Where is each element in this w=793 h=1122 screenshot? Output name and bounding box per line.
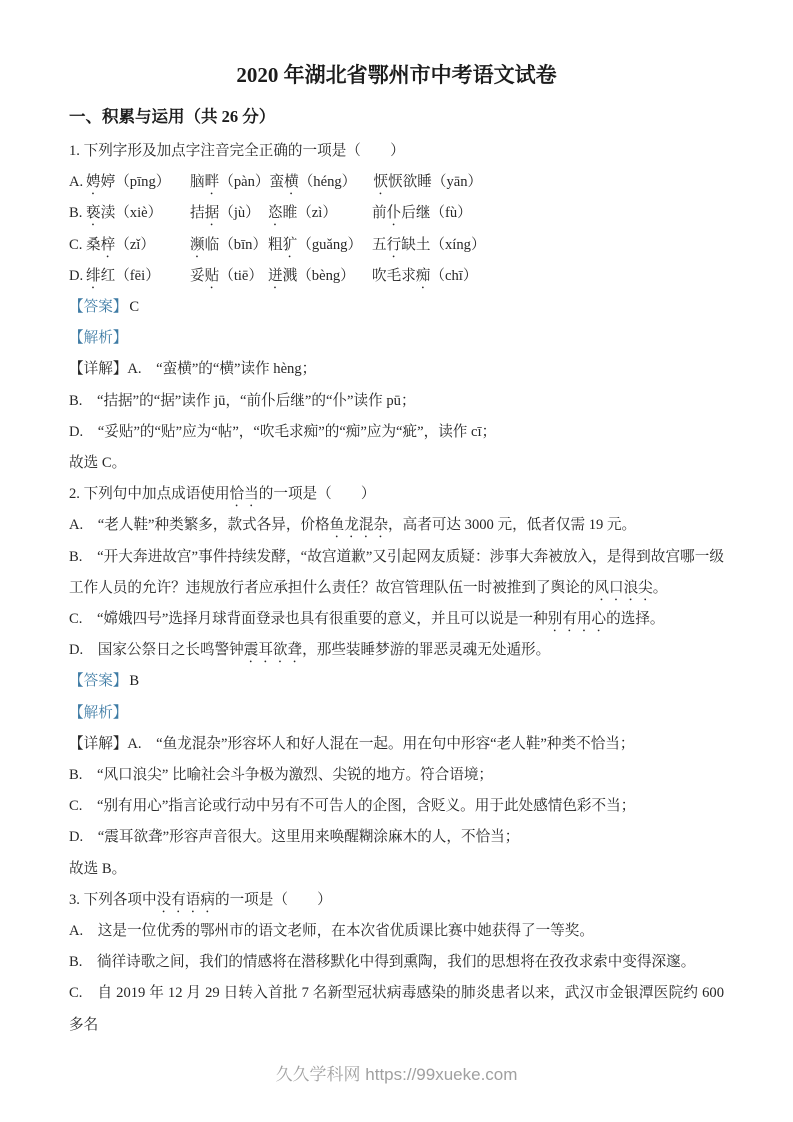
footer-watermark: 久久学科网 https://99xueke.com xyxy=(0,1064,793,1086)
q3-stem: 3. 下列各项中没有语病的一项是（ ） xyxy=(69,885,724,916)
exam-content: 2020 年湖北省鄂州市中考语文试卷 一、积累与运用（共 26 分） 1. 下列… xyxy=(69,60,724,1041)
exam-paper-page: 2020 年湖北省鄂州市中考语文试卷 一、积累与运用（共 26 分） 1. 下列… xyxy=(0,0,793,1122)
q1-option-a: A. 娉婷（pīng） 脑畔（pàn） 蛮横（héng） 恹恹欲睡（yān） xyxy=(69,167,724,198)
option-item: 娉婷（pīng） xyxy=(86,167,190,198)
q2-detail-line: B. “风口浪尖” 比喻社会斗争极为激烈、尖锐的地方。符合语境； xyxy=(69,760,724,791)
option-item: 五行缺土（xíng） xyxy=(372,230,486,261)
analysis-marker: 【解析】 xyxy=(69,705,127,721)
q1-detail-line: 【详解】A. “蛮横”的“横”读作 hèng； xyxy=(69,354,724,385)
option-label: D. xyxy=(69,261,86,292)
q1-option-d: D. 绯红（fēi） 妥贴（tiē） 迸溅（bèng） 吹毛求痴（chī） xyxy=(69,261,724,292)
answer-value: B xyxy=(129,673,139,689)
q2-option-b: B. “开大奔进故宫”事件持续发酵，“故宫道歉”又引起网友质疑：涉事大奔被放入，… xyxy=(69,542,724,604)
option-item: 桑梓（zǐ） xyxy=(86,230,190,261)
q1-conclusion-line: 故选 C。 xyxy=(69,448,724,479)
q3-option-b: B. 徜徉诗歌之间，我们的情感将在潜移默化中得到熏陶，我们的思想将在孜孜求索中变… xyxy=(69,947,724,978)
q3-option-a: A. 这是一位优秀的鄂州市的语文老师，在本次省优质课比赛中她获得了一等奖。 xyxy=(69,916,724,947)
q2-analysis-line: 【解析】 xyxy=(69,698,724,729)
q2-answer-line: 【答案】B xyxy=(69,666,724,697)
q2-option-c: C. “嫦娥四号”选择月球背面登录也具有很重要的意义，并且可以说是一种别有用心的… xyxy=(69,604,724,635)
option-item: 濒临（bīn） xyxy=(190,230,268,261)
q2-option-d: D. 国家公祭日之长鸣警钟震耳欲聋，那些装睡梦游的罪恶灵魂无处遁形。 xyxy=(69,635,724,666)
option-label: A. xyxy=(69,167,86,198)
option-item: 恹恹欲睡（yān） xyxy=(373,167,482,198)
q1-option-c: C. 桑梓（zǐ） 濒临（bīn） 粗犷（guǎng） 五行缺土（xíng） xyxy=(69,230,724,261)
footer-site-text: 久久学科网 https://99xueke.com xyxy=(276,1065,518,1084)
q1-option-b: B. 亵渎（xiè） 拮据（jù） 恣睢（zì） 前仆后继（fù） xyxy=(69,198,724,229)
option-item: 前仆后继（fù） xyxy=(372,198,472,229)
q2-detail-line: C. “别有用心”指言论或行动中另有不可告人的企图，含贬义。用于此处感情色彩不当… xyxy=(69,791,724,822)
q1-answer-line: 【答案】C xyxy=(69,292,724,323)
answer-marker: 【答案】 xyxy=(69,673,127,689)
q2-option-a: A. “老人鞋”种类繁多，款式各异，价格鱼龙混杂，高者可达 3000 元，低者仅… xyxy=(69,510,724,541)
q2-detail-line: 【详解】A. “鱼龙混杂”形容坏人和好人混在一起。用在句中形容“老人鞋”种类不恰… xyxy=(69,729,724,760)
option-item: 蛮横（héng） xyxy=(269,167,373,198)
option-item: 迸溅（bèng） xyxy=(268,261,372,292)
answer-value: C xyxy=(129,299,139,315)
option-item: 绯红（fēi） xyxy=(86,261,190,292)
q1-detail-line: D. “妥贴”的“贴”应为“帖”，“吹毛求痴”的“痴”应为“疵”，读作 cī； xyxy=(69,417,724,448)
q2-detail-line: D. “震耳欲聋”形容声音很大。这里用来唤醒糊涂麻木的人，不恰当； xyxy=(69,822,724,853)
q3-option-c: C. 自 2019 年 12 月 29 日转入首批 7 名新型冠状病毒感染的肺炎… xyxy=(69,978,724,1040)
q2-stem: 2. 下列句中加点成语使用恰当的一项是（ ） xyxy=(69,479,724,510)
q2-conclusion-line: 故选 B。 xyxy=(69,854,724,885)
q1-stem: 1. 下列字形及加点字注音完全正确的一项是（ ） xyxy=(69,136,724,167)
q1-detail-line: B. “拮据”的“据”读作 jū，“前仆后继”的“仆”读作 pū； xyxy=(69,386,724,417)
q1-analysis-line: 【解析】 xyxy=(69,323,724,354)
option-item: 脑畔（pàn） xyxy=(190,167,269,198)
option-item: 亵渎（xiè） xyxy=(86,198,190,229)
answer-marker: 【答案】 xyxy=(69,299,127,315)
option-item: 拮据（jù） xyxy=(190,198,268,229)
exam-title: 2020 年湖北省鄂州市中考语文试卷 xyxy=(69,60,724,90)
option-item: 吹毛求痴（chī） xyxy=(372,261,477,292)
option-item: 粗犷（guǎng） xyxy=(268,230,372,261)
option-item: 妥贴（tiē） xyxy=(190,261,268,292)
option-label: B. xyxy=(69,198,86,229)
option-label: C. xyxy=(69,230,86,261)
section-heading: 一、积累与运用（共 26 分） xyxy=(69,104,724,130)
option-item: 恣睢（zì） xyxy=(268,198,372,229)
analysis-marker: 【解析】 xyxy=(69,330,127,346)
